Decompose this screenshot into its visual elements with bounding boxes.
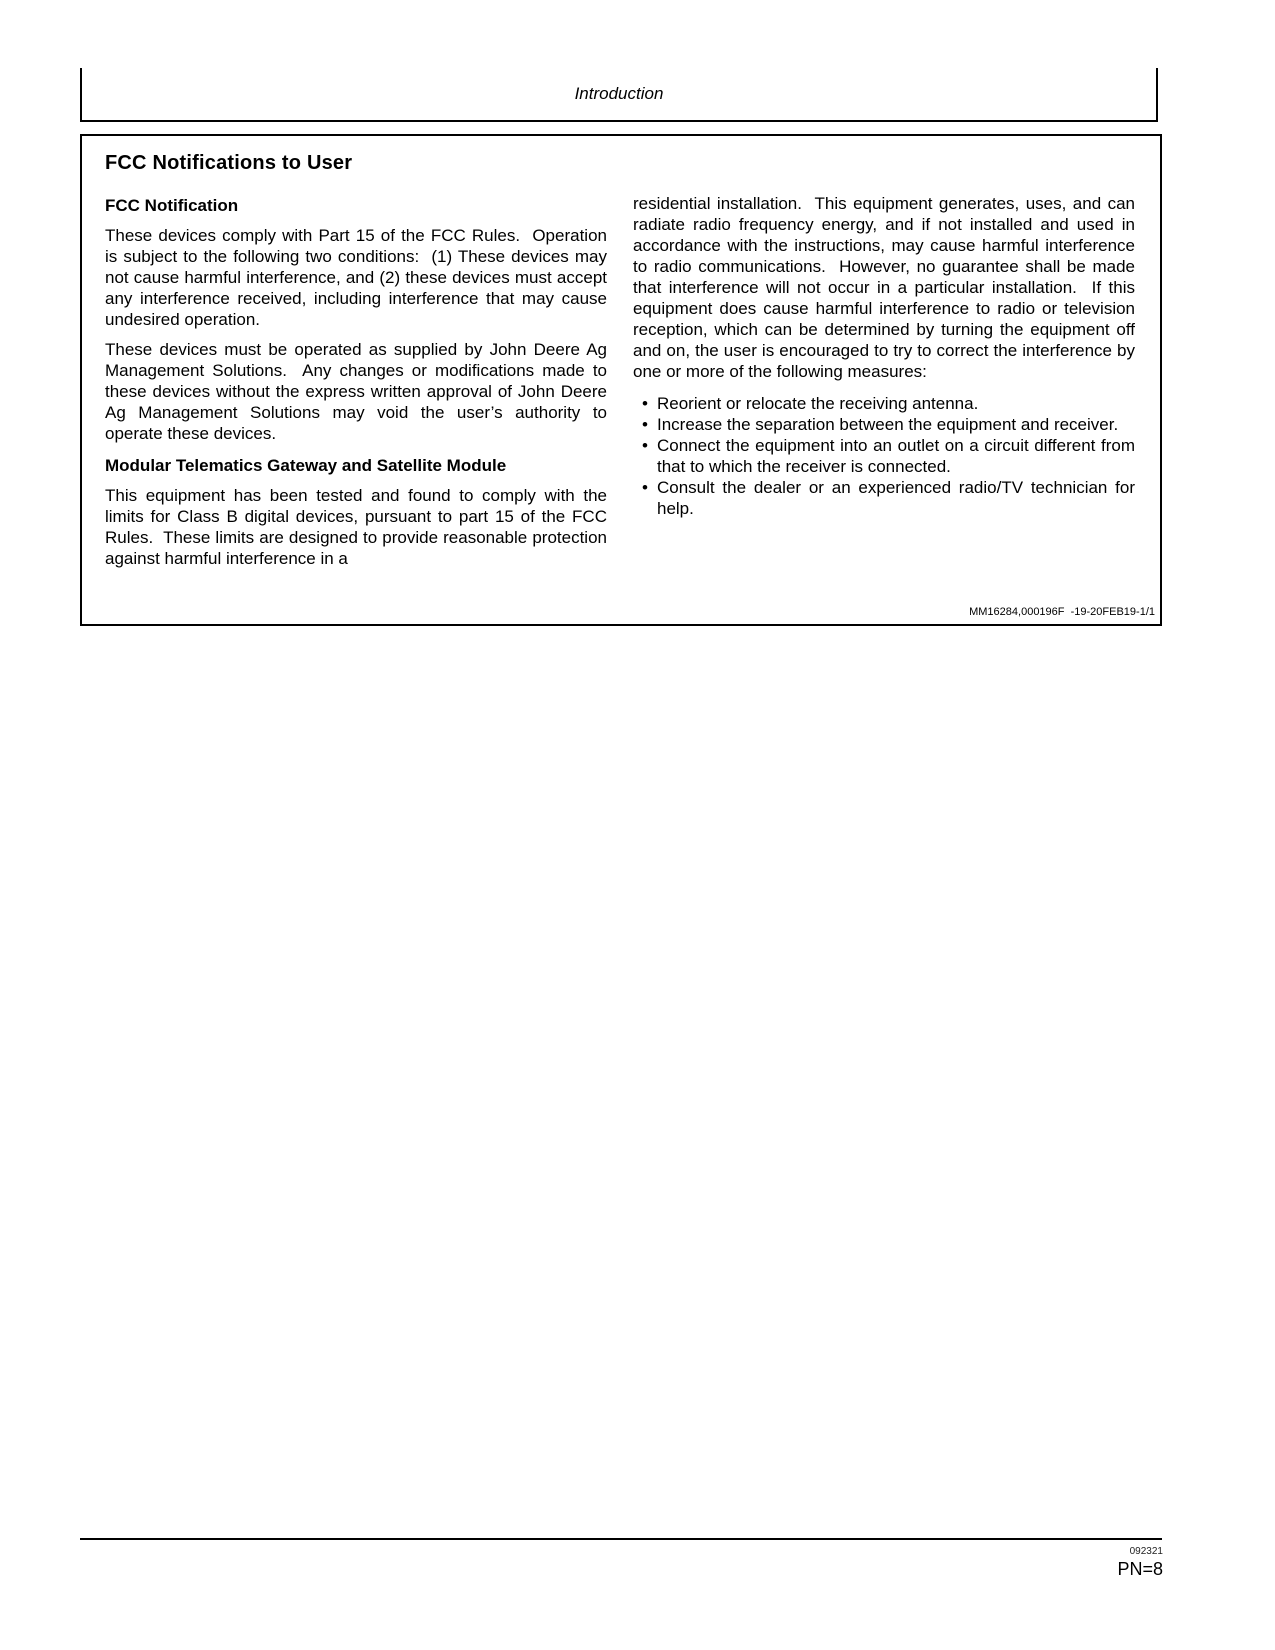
running-header-title: Introduction bbox=[575, 84, 664, 104]
bullet-item: Consult the dealer or an experienced rad… bbox=[657, 477, 1135, 519]
paragraph: These devices comply with Part 15 of the… bbox=[105, 225, 607, 330]
left-column: FCC Notification These devices comply wi… bbox=[105, 193, 607, 578]
footer-rule bbox=[80, 1538, 1162, 1540]
fcc-notification-section: FCC Notifications to User FCC Notificati… bbox=[80, 134, 1162, 626]
paragraph: residential installation. This equipment… bbox=[633, 193, 1135, 382]
subheading-fcc-notification: FCC Notification bbox=[105, 195, 607, 216]
paragraph: This equipment has been tested and found… bbox=[105, 485, 607, 569]
footer-page-number: PN=8 bbox=[963, 1559, 1163, 1580]
bullet-item: Reorient or relocate the receiving anten… bbox=[657, 393, 1135, 414]
right-column: residential installation. This equipment… bbox=[633, 193, 1135, 578]
measures-bullet-list: Reorient or relocate the receiving anten… bbox=[633, 393, 1135, 519]
document-revision-code: MM16284,000196F -19-20FEB19-1/1 bbox=[969, 606, 1155, 618]
section-title: FCC Notifications to User bbox=[105, 152, 1137, 175]
bullet-item: Connect the equipment into an outlet on … bbox=[657, 435, 1135, 477]
subheading-modular-telematics: Modular Telematics Gateway and Satellite… bbox=[105, 455, 607, 476]
two-column-layout: FCC Notification These devices comply wi… bbox=[105, 193, 1137, 578]
footer-print-code: 092321 bbox=[963, 1546, 1163, 1557]
bullet-item: Increase the separation between the equi… bbox=[657, 414, 1135, 435]
running-header: Introduction bbox=[80, 68, 1158, 122]
manual-page: Introduction FCC Notifications to User F… bbox=[0, 0, 1275, 1650]
paragraph: These devices must be operated as suppli… bbox=[105, 339, 607, 444]
